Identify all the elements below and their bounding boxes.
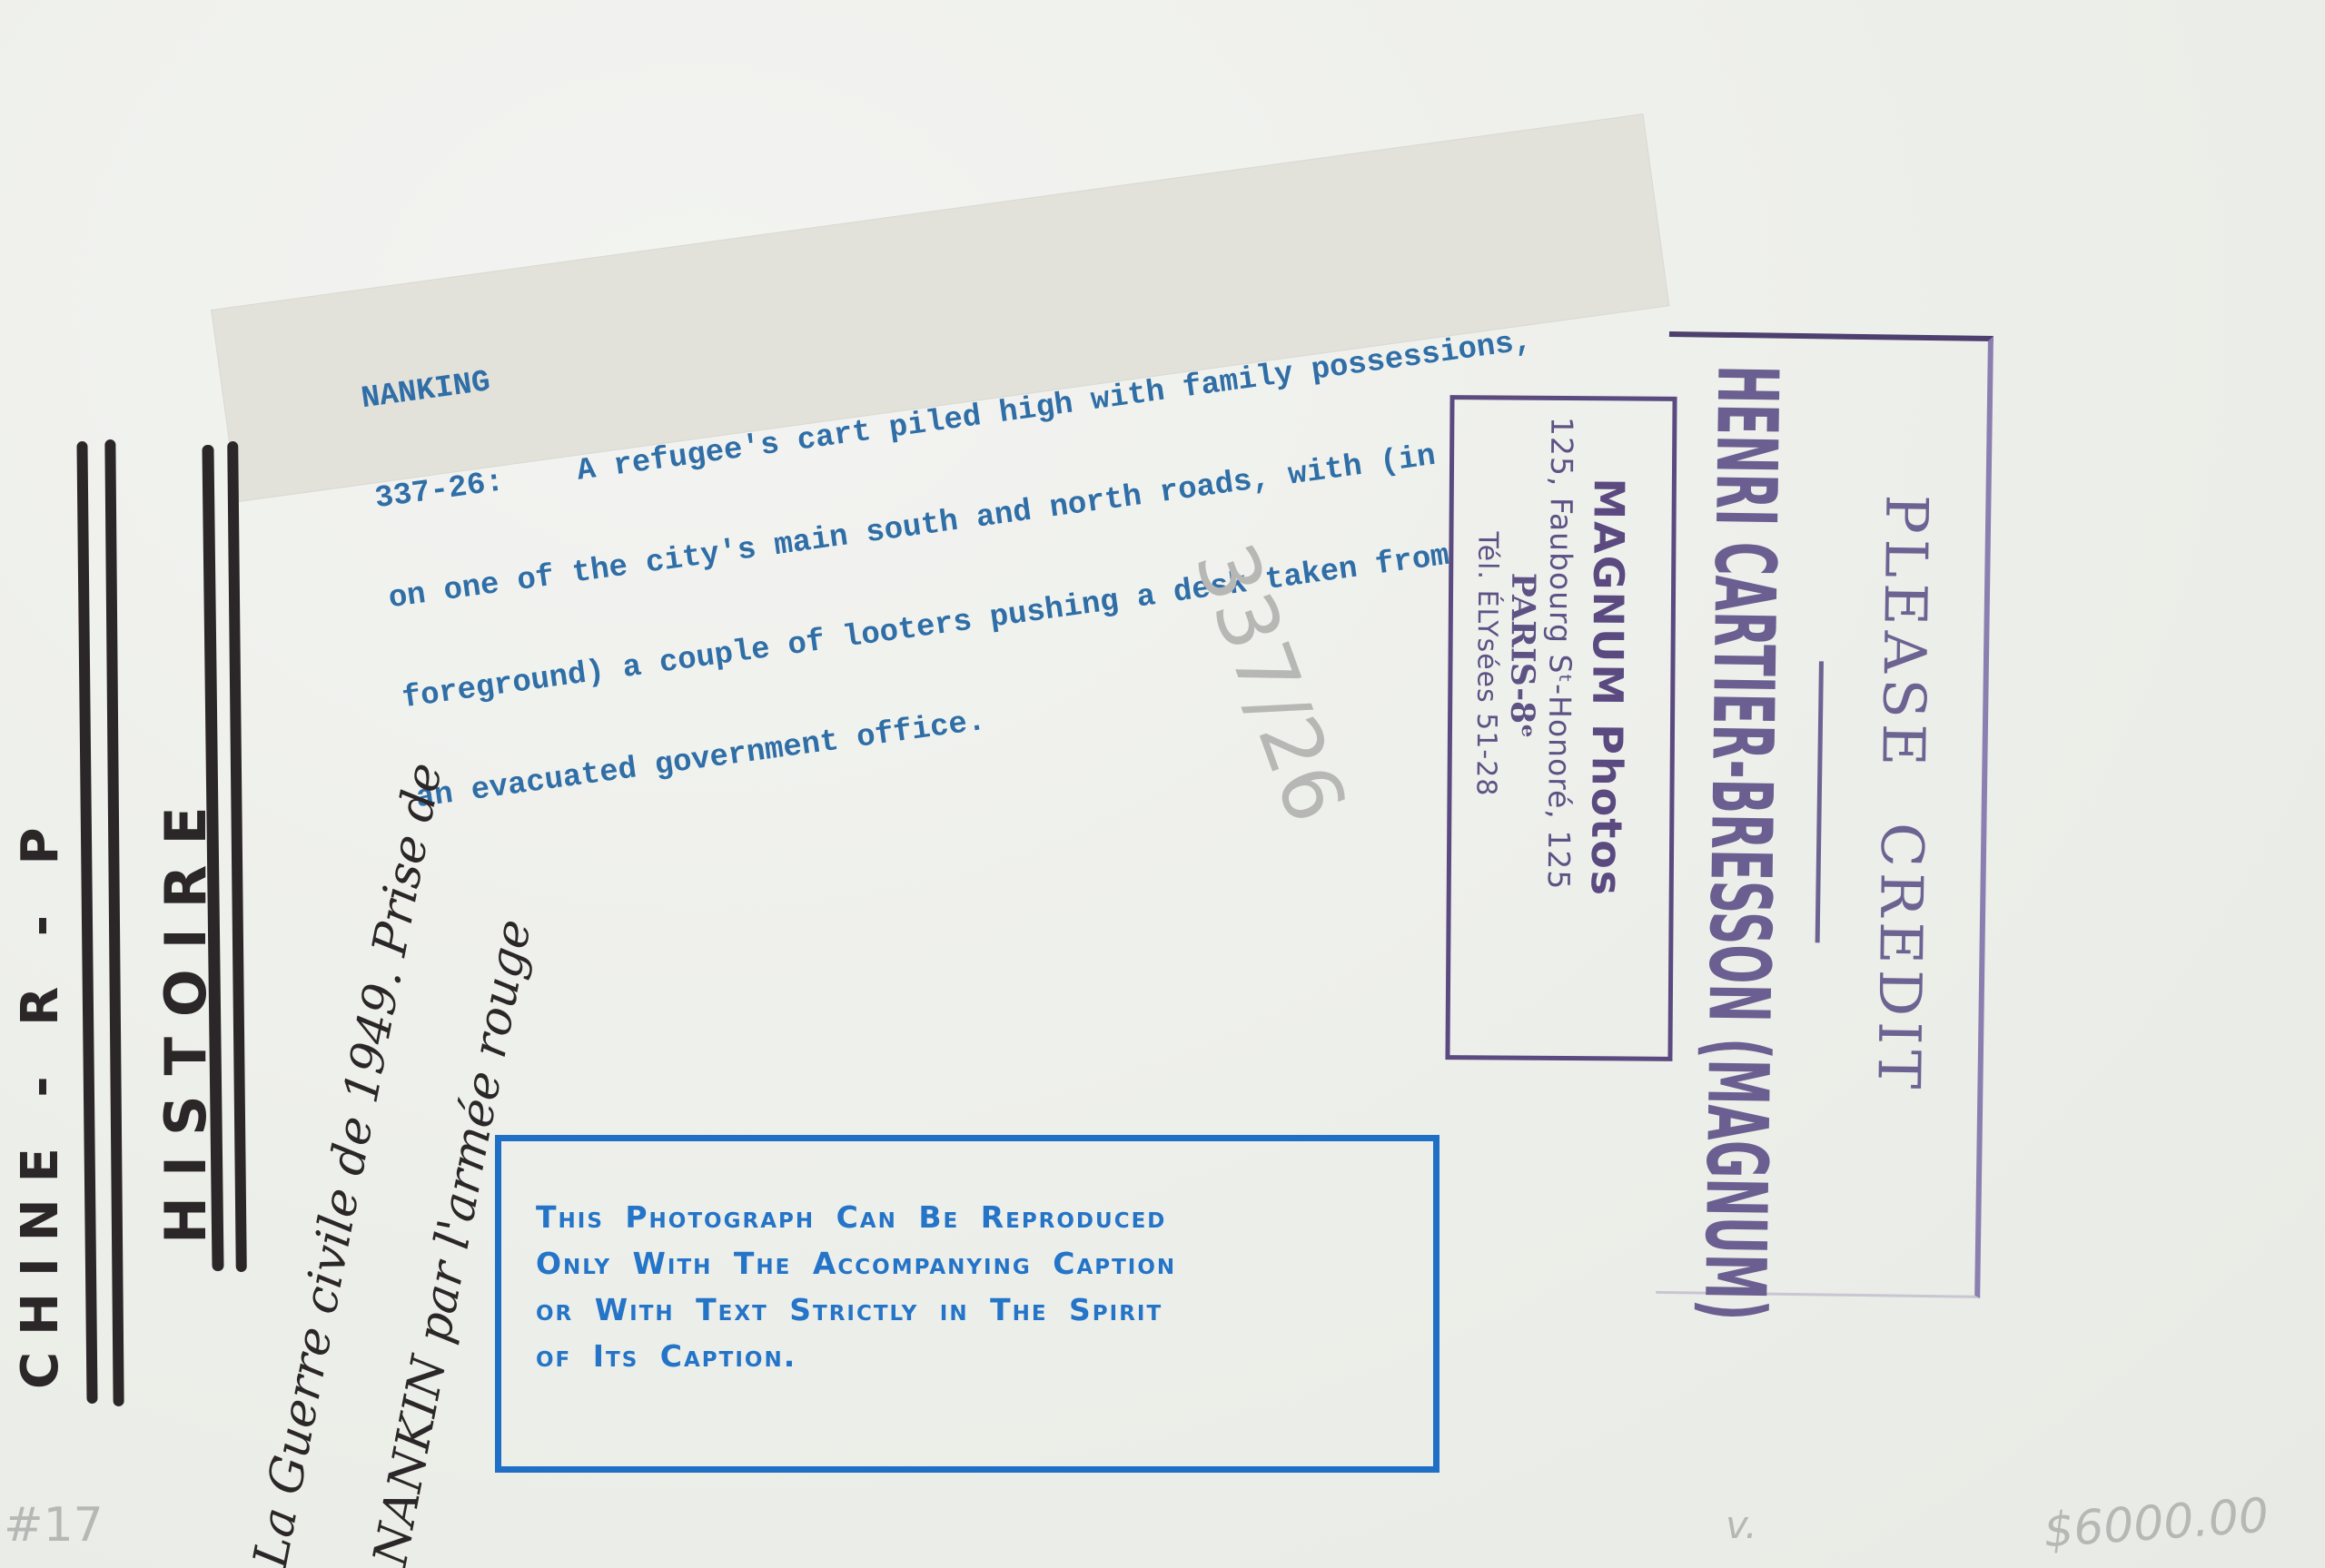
stamp-line: This Photograph Can Be Reproduced — [536, 1194, 1176, 1240]
agency-phone: Tél. ÉLYsées 51-28 — [1469, 531, 1503, 796]
marker-label-chine: CHINE - R - P — [11, 811, 70, 1389]
credit-heading: PLEASE CREDIT — [1864, 494, 1939, 1095]
credit-photographer: HENRI CARTIER-BRESSON (MAGNUM) — [1686, 364, 1796, 1321]
pencil-price: $6000.00 — [2042, 1488, 2271, 1558]
caption-line: NANKING — [360, 210, 1633, 417]
agency-name: MAGNUM Photos — [1582, 478, 1634, 897]
stamp-line: of Its Caption. — [536, 1333, 1176, 1379]
reproduction-stamp-text: This Photograph Can Be Reproduced Only W… — [536, 1194, 1176, 1379]
reproduction-stamp: This Photograph Can Be Reproduced Only W… — [495, 1135, 1440, 1473]
agency-city: PARIS-8ᵉ — [1503, 573, 1542, 739]
marker-line — [227, 441, 247, 1272]
pencil-item-number: #17 — [4, 1498, 104, 1553]
agency-address: 125, Faubourg Sᵗ-Honoré, 125 — [1541, 417, 1580, 891]
agency-stamp: MAGNUM Photos 125, Faubourg Sᵗ-Honoré, 1… — [1445, 395, 1677, 1061]
credit-divider — [1815, 661, 1824, 942]
marker-line — [104, 439, 124, 1406]
marker-line — [76, 441, 97, 1404]
credit-stamp: PLEASE CREDIT HENRI CARTIER-BRESSON (MAG… — [1656, 331, 1994, 1298]
stamp-line: or With Text Strictly in The Spirit — [536, 1287, 1176, 1333]
pencil-check-mark: v. — [1726, 1503, 1757, 1547]
marker-label-histoire: HISTOIRE — [153, 786, 219, 1244]
stamp-line: Only With The Accompanying Caption — [536, 1240, 1176, 1287]
